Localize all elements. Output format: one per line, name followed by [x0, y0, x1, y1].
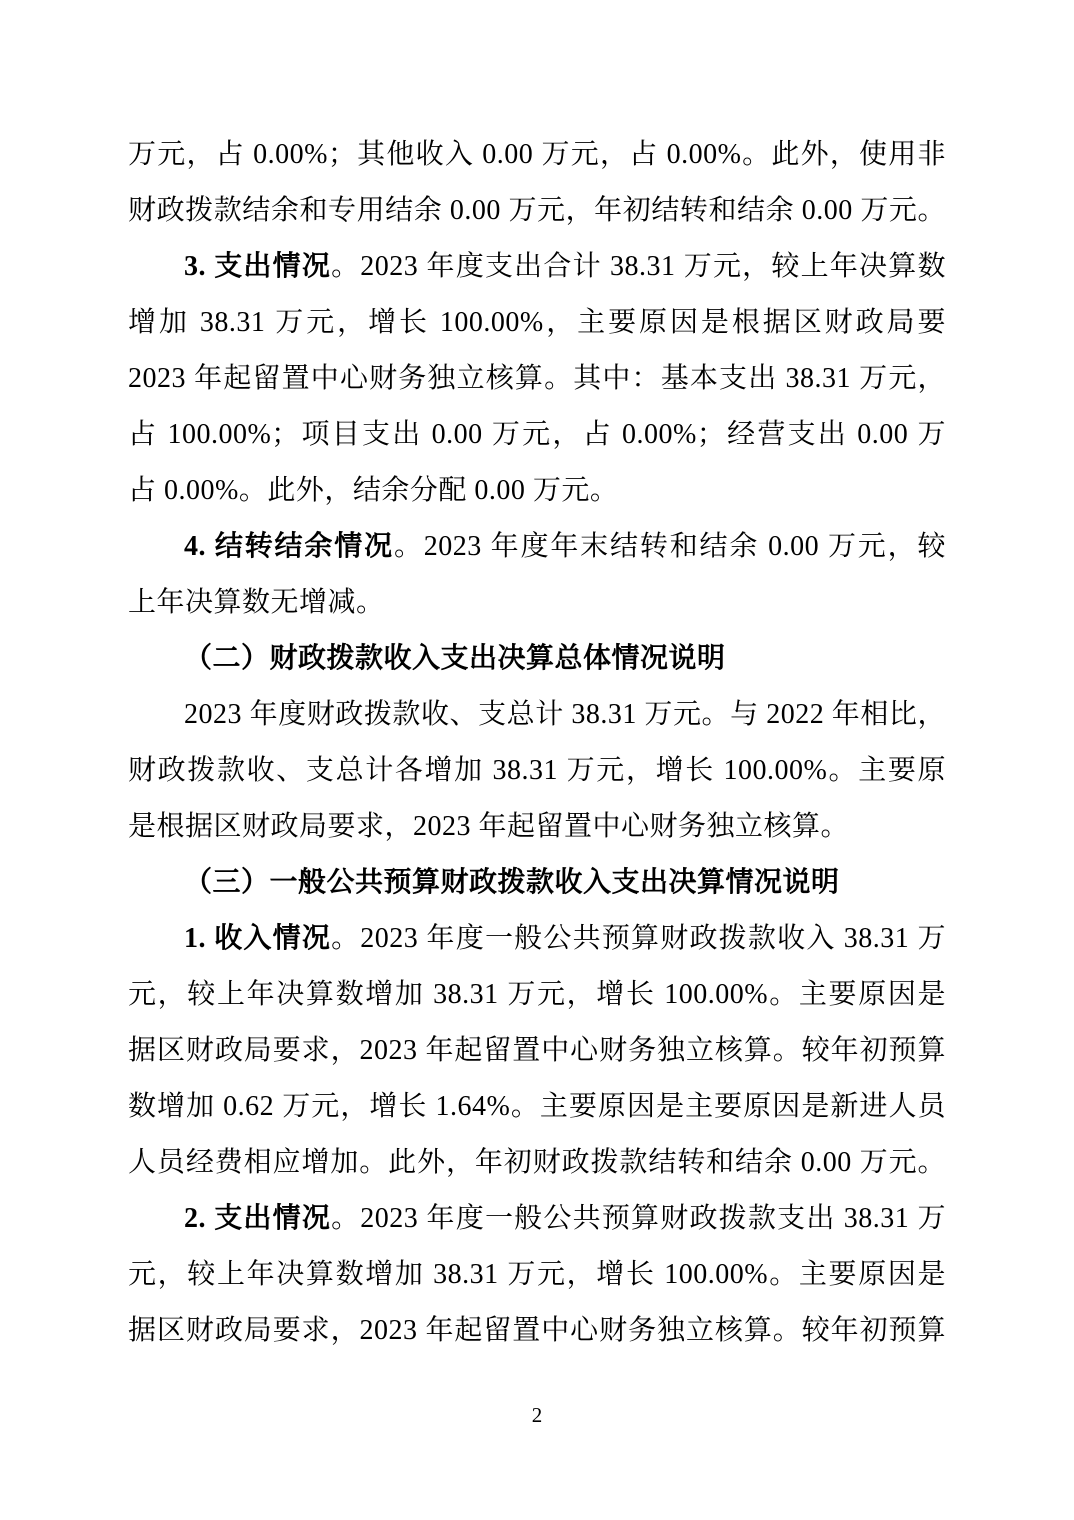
text-segment: 数增加 0.62 万元，增长 1.64%。主要原因是主要原因是新进人员	[128, 1091, 946, 1122]
text-line: 占 100.00%；项目支出 0.00 万元，占 0.00%；经营支出 0.00…	[128, 407, 946, 463]
text-segment: 上年决算数无增减。	[128, 587, 385, 618]
text-line: 3. 支出情况。2023 年度支出合计 38.31 万元，较上年决算数	[128, 239, 946, 295]
text-segment: 2023 年起留置中心财务独立核算。其中：基本支出 38.31 万元，	[128, 363, 946, 394]
text-segment: 元，较上年决算数增加 38.31 万元，增长 100.00%。主要原因是根	[128, 1259, 946, 1303]
text-segment: 据区财政局要求，2023 年起留置中心财务独立核算。较年初预算	[128, 1035, 946, 1066]
text-line: （二）财政拨款收入支出决算总体情况说明	[128, 631, 946, 687]
text-segment: 财政拨款收、支总计各增加 38.31 万元，增长 100.00%。主要原因	[128, 755, 946, 799]
text-segment: 据区财政局要求，2023 年起留置中心财务独立核算。较年初预算	[128, 1315, 946, 1346]
text-segment: 。2023 年度年末结转和结余 0.00 万元，较	[394, 531, 946, 562]
text-segment-bold: 2. 支出情况	[184, 1203, 331, 1234]
text-line: 据区财政局要求，2023 年起留置中心财务独立核算。较年初预算	[128, 1023, 946, 1079]
text-line: 人员经费相应增加。此外，年初财政拨款结转和结余 0.00 万元。	[128, 1135, 946, 1191]
text-segment-bold: （二）财政拨款收入支出决算总体情况说明	[184, 643, 726, 674]
text-line: 增加 38.31 万元，增长 100.00%，主要原因是根据区财政局要求，	[128, 295, 946, 351]
text-segment: 人员经费相应增加。此外，年初财政拨款结转和结余 0.00 万元。	[128, 1147, 946, 1178]
text-line: 2. 支出情况。2023 年度一般公共预算财政拨款支出 38.31 万	[128, 1191, 946, 1247]
text-line: 2023 年起留置中心财务独立核算。其中：基本支出 38.31 万元，	[128, 351, 946, 407]
text-line: 万元，占 0.00%；其他收入 0.00 万元，占 0.00%。此外，使用非	[128, 127, 946, 183]
text-line: 4. 结转结余情况。2023 年度年末结转和结余 0.00 万元，较	[128, 519, 946, 575]
text-segment-bold: 1. 收入情况	[184, 923, 331, 954]
text-segment: 占 0.00%。此外，结余分配 0.00 万元。	[128, 475, 618, 506]
text-line: 2023 年度财政拨款收、支总计 38.31 万元。与 2022 年相比，	[128, 687, 946, 743]
text-line: 数增加 0.62 万元，增长 1.64%。主要原因是主要原因是新进人员	[128, 1079, 946, 1135]
text-segment: 2023 年度财政拨款收、支总计 38.31 万元。与 2022 年相比，	[184, 699, 946, 730]
text-segment-bold: 3. 支出情况	[184, 251, 331, 282]
text-line: 占 0.00%。此外，结余分配 0.00 万元。	[128, 463, 946, 519]
text-segment: 万元，占 0.00%；其他收入 0.00 万元，占 0.00%。此外，使用非	[128, 139, 946, 170]
text-line: 是根据区财政局要求，2023 年起留置中心财务独立核算。	[128, 799, 946, 855]
text-line: 元，较上年决算数增加 38.31 万元，增长 100.00%。主要原因是根	[128, 1247, 946, 1303]
text-line: 1. 收入情况。2023 年度一般公共预算财政拨款收入 38.31 万	[128, 911, 946, 967]
text-segment: 占 100.00%；项目支出 0.00 万元，占 0.00%；经营支出 0.00…	[128, 419, 946, 463]
text-line: 财政拨款收、支总计各增加 38.31 万元，增长 100.00%。主要原因	[128, 743, 946, 799]
text-segment-bold: 4. 结转结余情况	[184, 531, 394, 562]
text-line: 据区财政局要求，2023 年起留置中心财务独立核算。较年初预算	[128, 1303, 946, 1359]
document-page: 万元，占 0.00%；其他收入 0.00 万元，占 0.00%。此外，使用非财政…	[0, 0, 1074, 1520]
page-number: 2	[128, 1400, 946, 1430]
text-segment: 元，较上年决算数增加 38.31 万元，增长 100.00%。主要原因是根	[128, 979, 946, 1023]
text-segment: 。2023 年度一般公共预算财政拨款收入 38.31 万	[331, 923, 946, 954]
text-line: 元，较上年决算数增加 38.31 万元，增长 100.00%。主要原因是根	[128, 967, 946, 1023]
text-segment: 是根据区财政局要求，2023 年起留置中心财务独立核算。	[128, 811, 849, 842]
text-segment: 财政拨款结余和专用结余 0.00 万元，年初结转和结余 0.00 万元。	[128, 195, 946, 226]
text-segment: 增加 38.31 万元，增长 100.00%，主要原因是根据区财政局要求，	[128, 307, 946, 351]
text-line: 财政拨款结余和专用结余 0.00 万元，年初结转和结余 0.00 万元。	[128, 183, 946, 239]
document-body: 万元，占 0.00%；其他收入 0.00 万元，占 0.00%。此外，使用非财政…	[128, 127, 946, 1359]
text-segment: 。2023 年度一般公共预算财政拨款支出 38.31 万	[331, 1203, 946, 1234]
text-line: 上年决算数无增减。	[128, 575, 946, 631]
text-segment: 。2023 年度支出合计 38.31 万元，较上年决算数	[331, 251, 946, 282]
text-segment-bold: （三）一般公共预算财政拨款收入支出决算情况说明	[184, 867, 840, 898]
text-line: （三）一般公共预算财政拨款收入支出决算情况说明	[128, 855, 946, 911]
